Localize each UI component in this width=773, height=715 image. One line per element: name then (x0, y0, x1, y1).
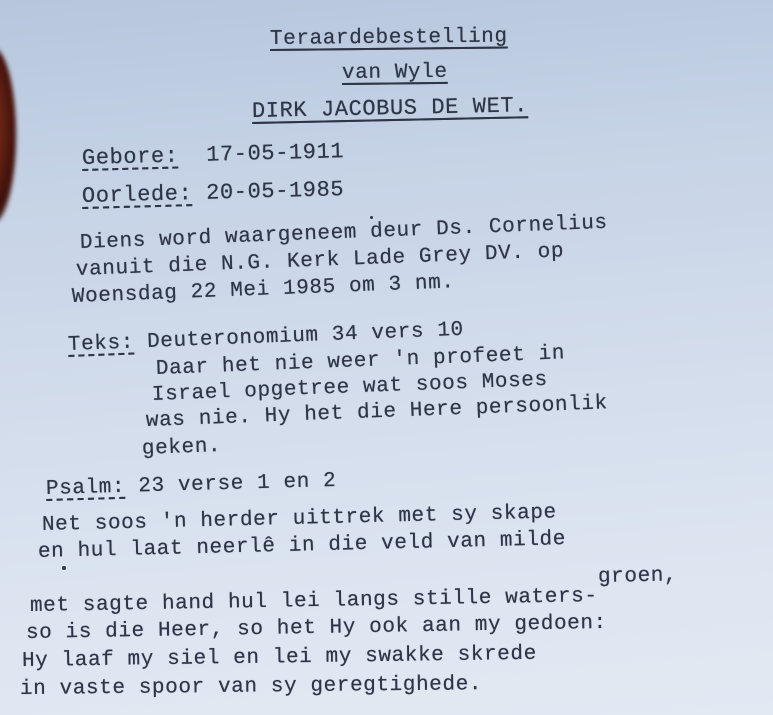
psalm-reference: 23 verse 1 en 2 (138, 470, 337, 499)
deceased-name: DIRK JACOBUS DE WET. (252, 93, 529, 124)
ink-speck (62, 566, 66, 570)
psalm-label: Psalm: (46, 476, 126, 501)
text-label: Teks: (68, 331, 135, 357)
died-label: Oorlede: (82, 181, 193, 209)
ink-speck (370, 216, 373, 219)
thumb-in-frame (0, 48, 16, 223)
died-row: Oorlede: 20-05-1985 (82, 177, 345, 209)
born-date: 17-05-1911 (206, 139, 345, 168)
born-row: Gebore: 17-05-1911 (82, 139, 345, 171)
psalm-line-7: in vaste spoor van sy geregtighede. (20, 673, 482, 701)
died-date: 20-05-1985 (206, 177, 345, 206)
typed-document: Teraardebestelling van Wyle DIRK JACOBUS… (0, 0, 773, 715)
born-label: Gebore: (82, 143, 179, 171)
psalm-heading: Psalm: 23 verse 1 en 2 (46, 470, 337, 501)
psalm-line-5: so is die Heer, so het Hy ook aan my ged… (26, 612, 607, 645)
title-line-2: van Wyle (342, 61, 448, 85)
psalm-line-6: Hy laaf my siel en lei my swakke skrede (22, 643, 537, 673)
text-line-4: geken. (142, 435, 222, 461)
title-line-1: Teraardebestelling (270, 26, 508, 51)
psalm-line-3: groen, (598, 564, 678, 589)
